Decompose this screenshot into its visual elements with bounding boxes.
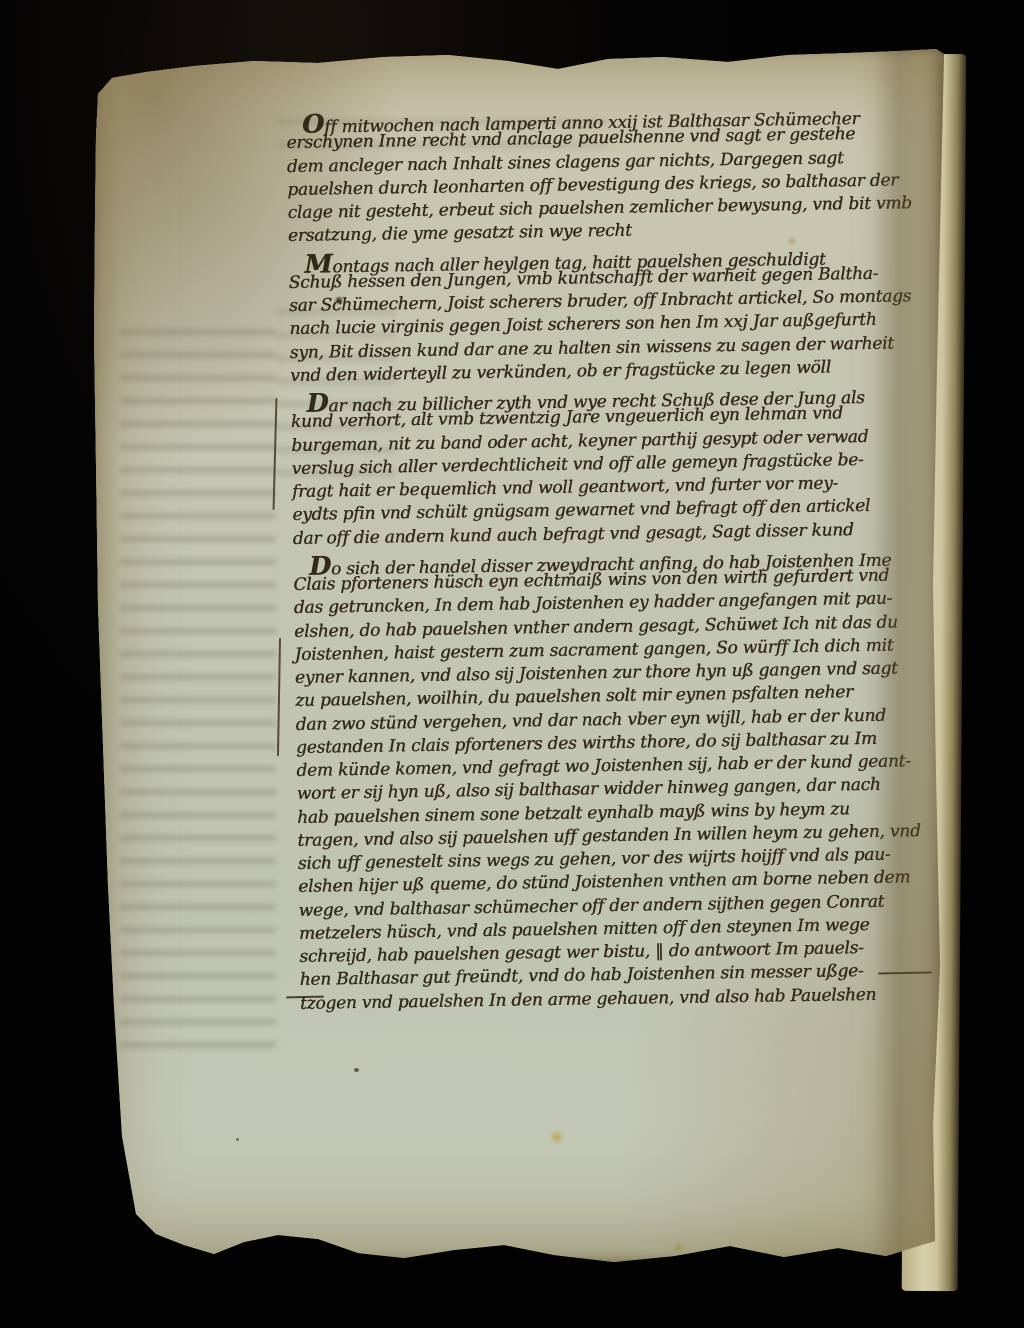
manuscript-photo: Off mitwochen nach lamperti anno xxij is… bbox=[0, 0, 1024, 1328]
manuscript-page: Off mitwochen nach lamperti anno xxij is… bbox=[86, 46, 946, 1264]
paper-edge-toning bbox=[86, 46, 946, 1264]
